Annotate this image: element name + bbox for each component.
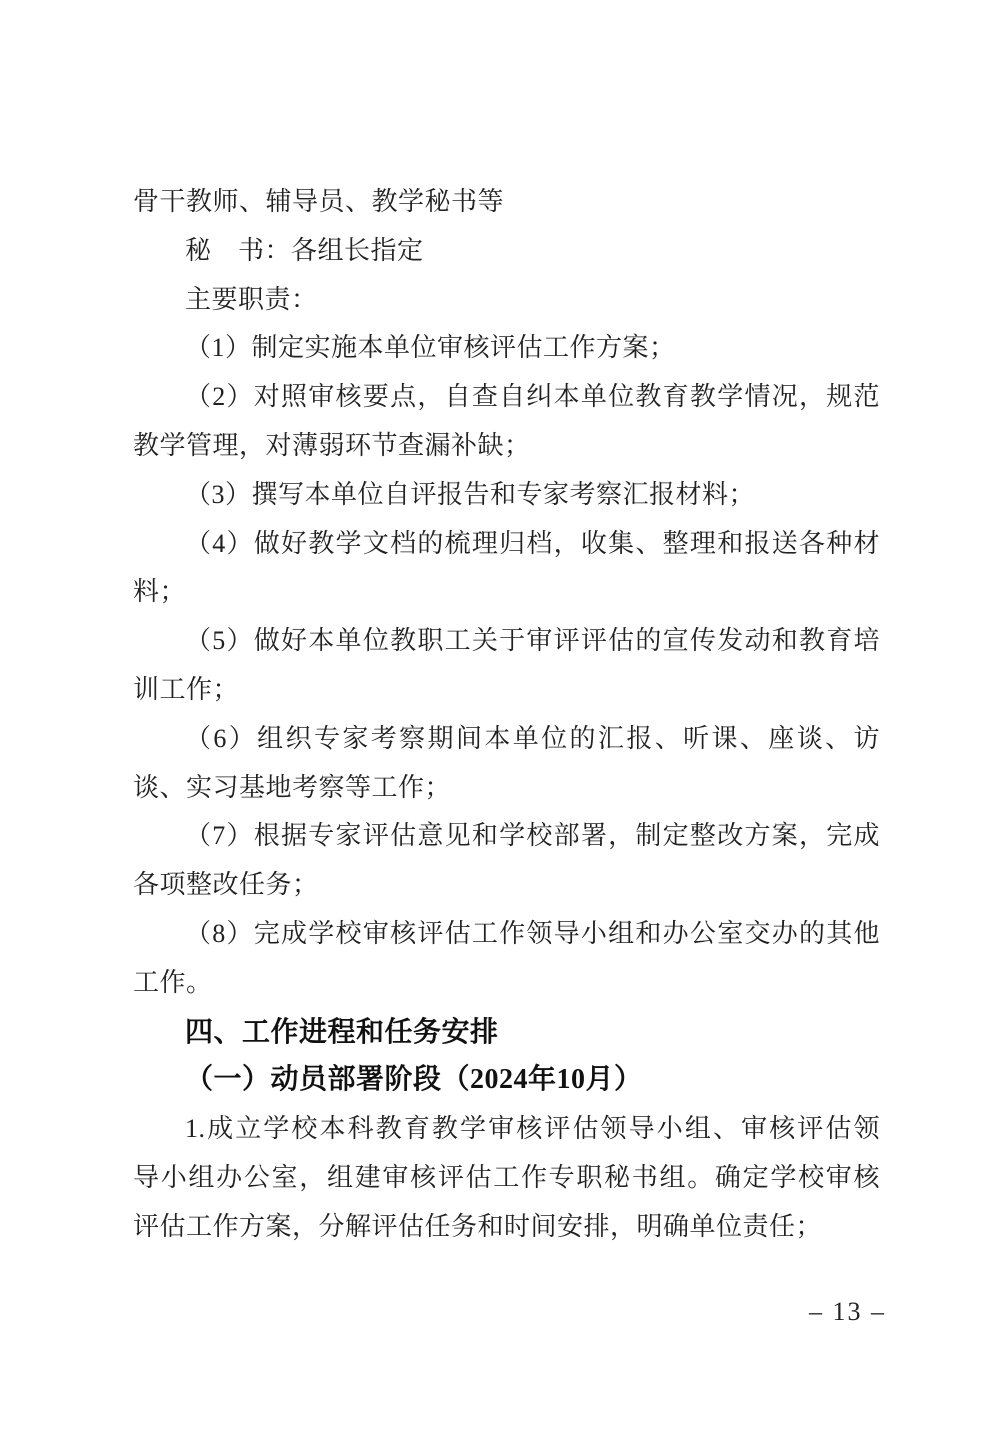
list-item-7: （7）根据专家评估意见和学校部署，制定整改方案，完成 <box>133 812 880 861</box>
text-line: 主要职责： <box>133 276 880 325</box>
subsection-heading: （一）动员部署阶段（2024年10月） <box>133 1056 880 1105</box>
text-line: 教学管理，对薄弱环节查漏补缺； <box>133 422 880 471</box>
text-line: 工作。 <box>133 959 880 1008</box>
list-item-6: （6）组织专家考察期间本单位的汇报、听课、座谈、访 <box>133 715 880 764</box>
document-page: 骨干教师、辅导员、教学秘书等 秘 书：各组长指定 主要职责： （1）制定实施本单… <box>0 0 1008 1431</box>
list-item-4: （4）做好教学文档的梳理归档，收集、整理和报送各种材 <box>133 520 880 569</box>
text-line: 骨干教师、辅导员、教学秘书等 <box>133 178 880 227</box>
document-body: 骨干教师、辅导员、教学秘书等 秘 书：各组长指定 主要职责： （1）制定实施本单… <box>133 178 880 1252</box>
list-item-1: （1）制定实施本单位审核评估工作方案； <box>133 324 880 373</box>
list-item-8: （8）完成学校审核评估工作领导小组和办公室交办的其他 <box>133 910 880 959</box>
text-line: 训工作； <box>133 666 880 715</box>
text-line: 秘 书：各组长指定 <box>133 227 880 276</box>
section-heading: 四、工作进程和任务安排 <box>133 1008 880 1057</box>
text-line: 评估工作方案，分解评估任务和时间安排，明确单位责任； <box>133 1203 880 1252</box>
text-line: 料； <box>133 568 880 617</box>
page-number: – 13 – <box>809 1297 886 1327</box>
list-item-5: （5）做好本单位教职工关于审评评估的宣传发动和教育培 <box>133 617 880 666</box>
text-line: 1.成立学校本科教育教学审核评估领导小组、审核评估领 <box>133 1105 880 1154</box>
text-line: 谈、实习基地考察等工作； <box>133 764 880 813</box>
list-item-3: （3）撰写本单位自评报告和专家考察汇报材料； <box>133 471 880 520</box>
text-line: 导小组办公室，组建审核评估工作专职秘书组。确定学校审核 <box>133 1154 880 1203</box>
text-line: 各项整改任务； <box>133 861 880 910</box>
list-item-2: （2）对照审核要点，自查自纠本单位教育教学情况，规范 <box>133 373 880 422</box>
